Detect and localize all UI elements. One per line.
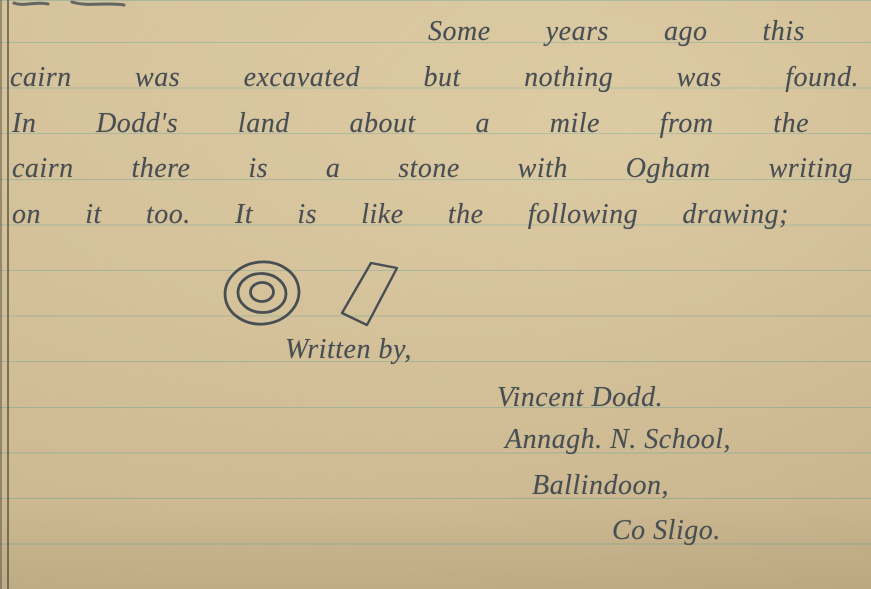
handwriting-line-2: cairn was excavated but nothing was foun… [10, 59, 859, 97]
page-left-edge [0, 0, 2, 589]
ogham-stone-drawing [205, 248, 415, 340]
signature-written-by: Written by, [285, 331, 412, 369]
handwriting-line-4: cairn there is a stone with Ogham writin… [12, 150, 853, 188]
handwriting-line-5: on it too. It is like the following draw… [12, 196, 789, 234]
handwriting-line-3: In Dodd's land about a mile from the [12, 105, 809, 143]
handwriting-line-1: Some years ago this [428, 13, 805, 51]
signature-townland: Ballindoon, [532, 467, 669, 505]
notebook-page: Some years ago this cairn was excavated … [0, 0, 871, 589]
standing-stone-outline-drawing [342, 263, 397, 325]
margin-rule-line [7, 0, 9, 589]
signature-county: Co Sligo. [612, 512, 721, 550]
concentric-circles-drawing [222, 258, 302, 327]
page-bottom-shading [0, 499, 871, 589]
cut-off-text-fragment [10, 0, 140, 10]
signature-school: Annagh. N. School, [505, 421, 731, 459]
signature-name: Vincent Dodd. [497, 379, 663, 417]
